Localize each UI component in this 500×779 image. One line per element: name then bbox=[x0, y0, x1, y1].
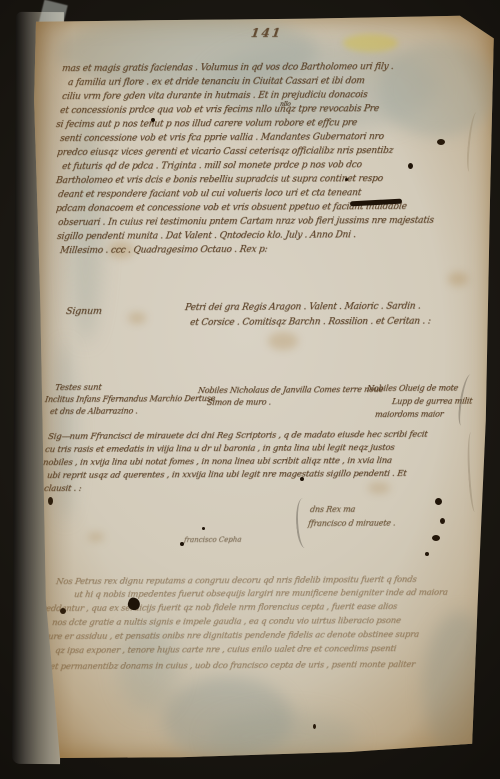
next-doc-line: reddantur , qua ex seruicijs fuerit qz n… bbox=[41, 602, 397, 614]
foxing-spot bbox=[448, 272, 468, 286]
foxing-spot bbox=[268, 332, 298, 350]
charter-line: mas et magis gratis faciendas . Volumus … bbox=[61, 62, 394, 74]
ink-blot bbox=[313, 724, 316, 729]
charter-line: a familia uri flore . ex et dride tenanc… bbox=[67, 76, 365, 88]
margin-flourish bbox=[465, 112, 480, 173]
ink-blot bbox=[180, 542, 184, 546]
ink-blot bbox=[408, 163, 413, 169]
ink-blot bbox=[300, 477, 304, 481]
charter-line: et futuris qd de pdca . Triginta . mill … bbox=[61, 160, 362, 172]
stain-yellow bbox=[343, 34, 398, 52]
witness-line: et dns de Albarrazino . bbox=[49, 406, 138, 416]
witnesses-heading: Testes sunt bbox=[54, 383, 102, 393]
scribe-line: cu tris rasis et emedatis in viija lina … bbox=[44, 443, 395, 455]
folio-number: 141 bbox=[250, 26, 283, 40]
stain bbox=[208, 712, 358, 762]
next-doc-line: et permanentibz donams in cuius , uob dc… bbox=[49, 660, 415, 672]
ink-blot bbox=[151, 118, 155, 122]
signum-label: Signum bbox=[65, 306, 102, 317]
chancery-note-line: ffrancisco d mirauete . bbox=[307, 518, 396, 528]
next-doc-line: Nos Petrus rex dignu reputams a congruu … bbox=[55, 575, 417, 587]
ink-blot bbox=[437, 139, 445, 145]
foxing-spot bbox=[128, 312, 146, 324]
scribe-line: clausit . : bbox=[43, 484, 82, 494]
stain bbox=[423, 612, 498, 762]
charter-line: obseruari . In cuius rei testimoniu pnte… bbox=[57, 216, 434, 228]
witness-line: Nobiles Nicholaus de Janvilla Comes terr… bbox=[197, 385, 383, 395]
scribe-line: ubi reprit usqz ad querentes , in xxvija… bbox=[46, 469, 407, 481]
witness-line: Inclitus Infans Ffernandus Marchio Dertu… bbox=[44, 394, 215, 404]
charter-line: deant et respondere faciant vob ul cui v… bbox=[57, 188, 361, 200]
witness-line: Nobiles Olueig de mote bbox=[366, 383, 458, 393]
witness-line: Lupp de gurrea milit bbox=[391, 397, 472, 406]
witness-line: Simon de muro . bbox=[206, 398, 271, 407]
ink-blot bbox=[440, 518, 445, 524]
chancery-note-line: dns Rex ma bbox=[309, 505, 355, 514]
ink-blot bbox=[202, 527, 205, 530]
charter-line: predco eiusqz vices gerenti et vicario C… bbox=[56, 146, 393, 158]
foxing-spot bbox=[368, 482, 390, 494]
charter-line: sigillo pendenti munita . Dat Valent . Q… bbox=[56, 230, 356, 242]
stain bbox=[163, 677, 293, 762]
charter-line: ciliu vrm fore gden vita durante in hutm… bbox=[61, 90, 368, 102]
manuscript-photo: 141 mas et magis gratis faciendas . Volu… bbox=[0, 0, 500, 779]
margin-flourish bbox=[465, 432, 481, 513]
foxing-spot bbox=[88, 532, 104, 542]
interlinear-note: nllo bbox=[280, 101, 291, 108]
stain bbox=[378, 42, 498, 137]
ink-blot bbox=[435, 498, 442, 505]
signum-line: et Corsice . Comitisqz Barchn . Rossilio… bbox=[189, 317, 431, 328]
witness-line: maiordoms maior bbox=[374, 410, 444, 419]
next-doc-line: qz ipsa exponer , tenore hujus carte nre… bbox=[54, 644, 396, 656]
charter-line: Millesimo . ccc . Quadragesimo Octauo . … bbox=[59, 245, 268, 256]
ink-blot bbox=[48, 497, 53, 505]
signum-line: Petri dei gra Regis Aragon . Valent . Ma… bbox=[184, 302, 421, 313]
charter-line: et concessionis prdce qua vob et vris fe… bbox=[59, 104, 379, 116]
ink-blot bbox=[432, 535, 440, 541]
scribe-line: Sig⎯⎯num Ffrancisci de mirauete dci dni … bbox=[47, 430, 428, 442]
scribe-line: nobiles , in xvija lina ubi notat fomes … bbox=[42, 456, 392, 468]
charter-line: si fecims aut p nos tenut p nos illud ca… bbox=[55, 118, 357, 130]
charter-line: Bartholomeo et vris dcis e bonis rebelli… bbox=[55, 174, 383, 186]
next-doc-line: nos dcte gratie a nultis signis e impele… bbox=[51, 616, 401, 628]
later-annotation: francisco Cepha bbox=[183, 536, 242, 544]
manuscript-page: 141 mas et magis gratis faciendas . Volu… bbox=[28, 12, 498, 764]
ink-blot bbox=[60, 608, 66, 614]
ink-blot bbox=[425, 552, 429, 556]
charter-line: senti concessione vob et vris fca pprie … bbox=[59, 132, 384, 144]
next-doc-line: ure er assiduu , et pensatis onibs nre d… bbox=[47, 630, 419, 642]
ink-blot bbox=[345, 178, 348, 181]
